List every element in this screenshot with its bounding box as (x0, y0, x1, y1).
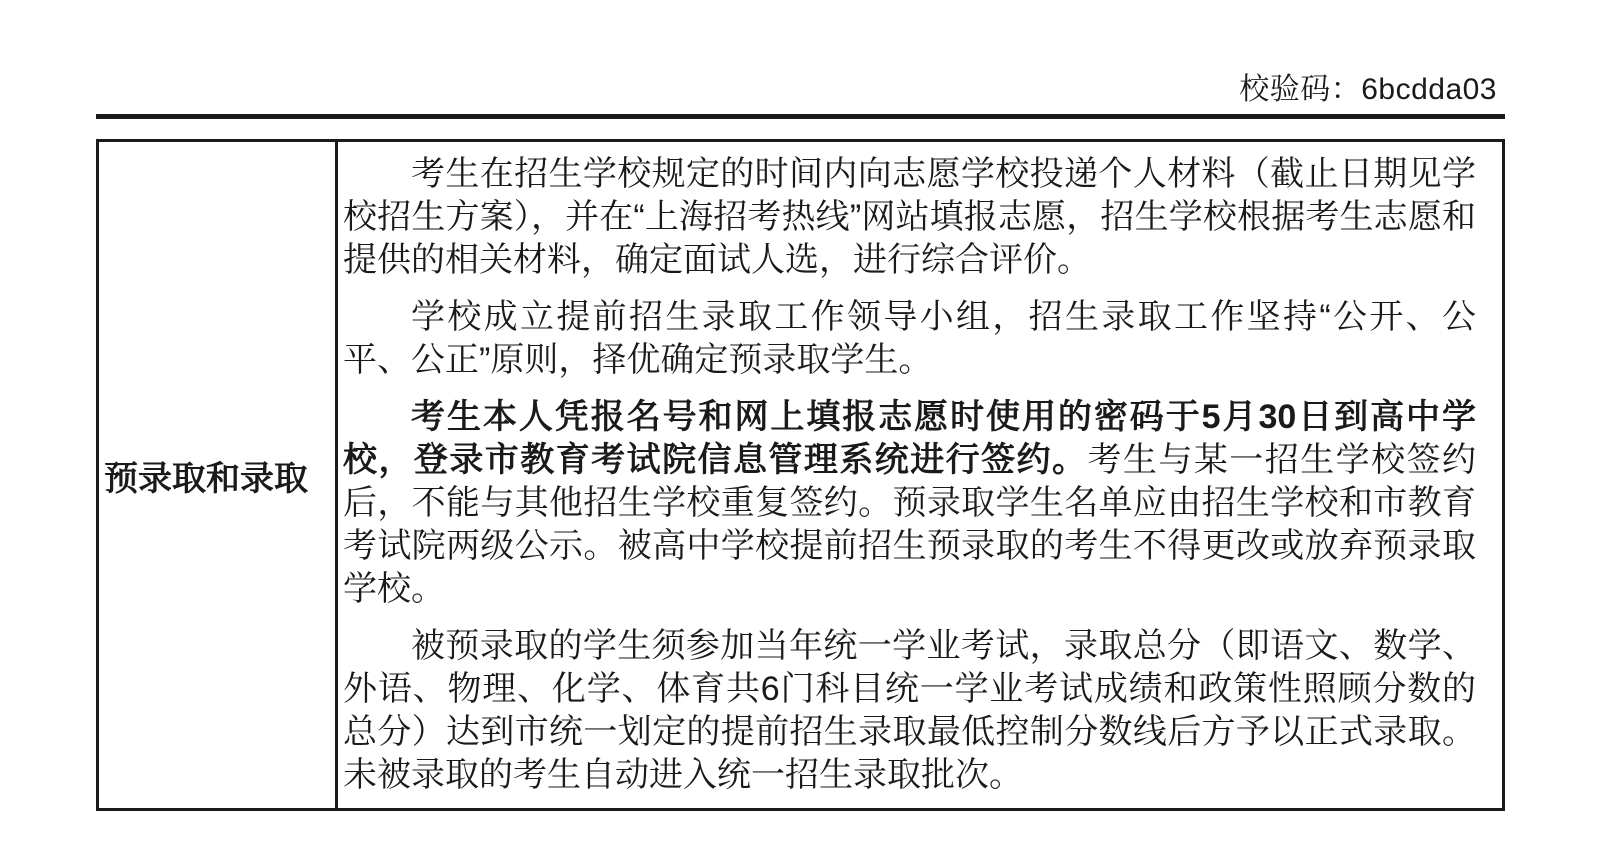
paragraph-sign-agreement: 考生本人凭报名号和网上填报志愿时使用的密码于5月30日到高中学校，登录市教育考试… (343, 396, 1476, 611)
paragraph-text: 考生在招生学校规定的时间内向志愿学校投递个人材料（截止日期见学校招生方案），并在… (343, 155, 1476, 279)
verification-code-label: 校验码：6bcdda03 (1239, 73, 1497, 106)
row-header-label: 预录取和录取 (104, 460, 308, 498)
paragraph-leading-group: 学校成立提前招生录取工作领导小组，招生录取工作坚持“公开、公平、公正”原则，择优… (343, 296, 1476, 382)
row-content-cell: 考生在招生学校规定的时间内向志愿学校投递个人材料（截止日期见学校招生方案），并在… (337, 141, 1504, 810)
table-row: 预录取和录取 考生在招生学校规定的时间内向志愿学校投递个人材料（截止日期见学校招… (98, 141, 1504, 810)
pre-admission-table: 预录取和录取 考生在招生学校规定的时间内向志愿学校投递个人材料（截止日期见学校招… (96, 139, 1505, 811)
row-header-cell: 预录取和录取 (98, 141, 337, 810)
paragraph-text: 学校成立提前招生录取工作领导小组，招生录取工作坚持“公开、公平、公正”原则，择优… (343, 298, 1476, 379)
document-page: 校验码：6bcdda03 预录取和录取 考生在招生学校规定的时间内向志愿学校投递… (0, 0, 1600, 842)
paragraph-formal-admission: 被预录取的学生须参加当年统一学业考试，录取总分（即语文、数学、外语、物理、化学、… (343, 625, 1476, 797)
document-content: 校验码：6bcdda03 预录取和录取 考生在招生学校规定的时间内向志愿学校投递… (96, 0, 1505, 811)
header-rule-divider (96, 114, 1505, 119)
page-header: 校验码：6bcdda03 (96, 0, 1505, 114)
paragraph-text: 被预录取的学生须参加当年统一学业考试，录取总分（即语文、数学、外语、物理、化学、… (343, 627, 1476, 794)
paragraph-submit-materials: 考生在招生学校规定的时间内向志愿学校投递个人材料（截止日期见学校招生方案），并在… (343, 153, 1476, 282)
